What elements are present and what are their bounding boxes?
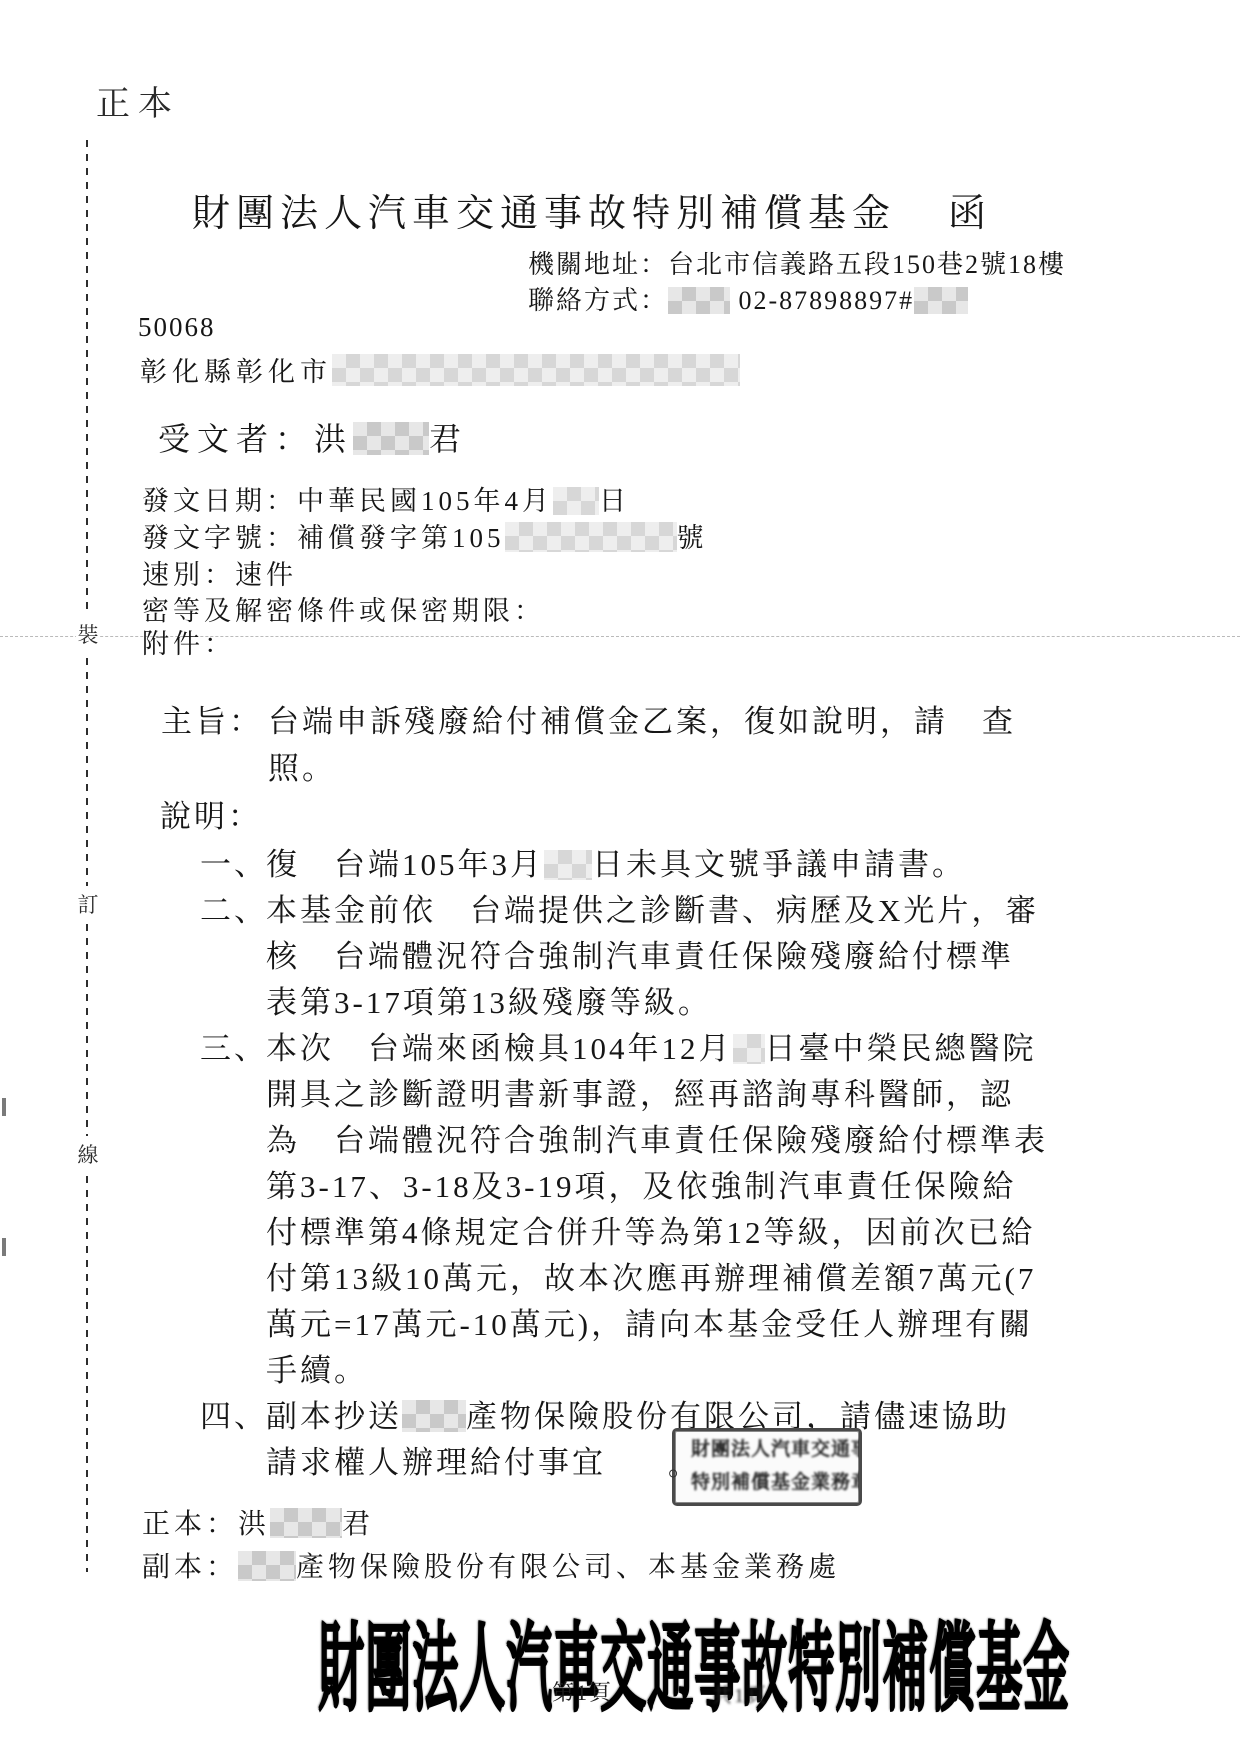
contact-phone: 02-87898897# xyxy=(739,286,915,315)
document-title: 財團法人汽車交通事故特別補償基金函 xyxy=(192,182,992,237)
sentence-period-over-stamp: 。 xyxy=(668,1444,696,1484)
item-1-text-b: 日未具文號爭議申請書。 xyxy=(592,847,966,882)
redaction-mosaic-ref xyxy=(505,522,677,552)
fund-seal-stamp: 財團法人汽車交通事 特別補償基金業務章 xyxy=(672,1428,862,1506)
redaction-mosaic-item3-day xyxy=(733,1034,765,1064)
item-2-line-1: 本基金前依 台端提供之診斷書、病歷及X光片，審 xyxy=(266,885,1039,930)
reference-number-line: 發文字號：補償發字第105號 xyxy=(142,516,708,555)
reference-number-text: 發文字號：補償發字第105 xyxy=(142,523,505,553)
item-3-text-a: 本次 台端來函檢具104年12月 xyxy=(266,1031,733,1066)
document-title-org: 財團法人汽車交通事故特別補償基金 xyxy=(192,193,896,235)
item-3-line-3: 為 台端體況符合強制汽車責任保險殘廢給付標準表 xyxy=(266,1115,1048,1160)
subject-line-2: 照。 xyxy=(268,743,336,788)
org-address-line: 機關地址：台北市信義路五段150巷2號18樓 xyxy=(528,244,1066,281)
item-2-line-2: 核 台端體況符合強制汽車責任保險殘廢給付標準 xyxy=(266,931,1014,976)
seal-line-1: 財團法人汽車交通事 xyxy=(691,1433,857,1466)
item-3-text-b: 日臺中榮民總醫院 xyxy=(765,1031,1037,1066)
original-copy-line: 正本：洪君 xyxy=(142,1502,374,1542)
recipient-city-text: 彰化縣彰化市 xyxy=(140,357,332,387)
issue-date-text: 發文日期：中華民國105年4月 xyxy=(142,486,553,516)
item-3-marker: 三、 xyxy=(200,1023,268,1068)
org-contact-line: 聯絡方式： 02-87898897# xyxy=(528,280,968,317)
item-1-line-1: 復 台端105年3月日未具文號爭議申請書。 xyxy=(266,839,966,884)
redaction-mosaic-item4-insurer xyxy=(402,1400,466,1432)
fund-seal-stamp-text: 財團法人汽車交通事 特別補償基金業務章 xyxy=(691,1433,857,1499)
item-3-line-8: 手續。 xyxy=(266,1345,368,1390)
item-3-line-6: 付第13級10萬元，故本次應再辦理補償差額7萬元(7 xyxy=(266,1253,1036,1298)
footer-org-banner: 財團法人汽車交通事故特別補償基金 xyxy=(318,1592,1070,1731)
document-type-label: 函 xyxy=(948,193,992,235)
copy-type-label: 正本 xyxy=(96,76,180,125)
item-2-line-3: 表第3-17項第13級殘廢等級。 xyxy=(266,977,712,1022)
item-3-line-5: 付標準第4條規定合併升等為第12等級，因前次已給 xyxy=(266,1207,1036,1252)
cc-copy-line: 副本：產物保險股份有限公司、本基金業務處 xyxy=(142,1545,840,1585)
item-4-text-a: 副本抄送 xyxy=(266,1399,402,1434)
cc-copy-label: 副本： xyxy=(142,1552,238,1583)
cc-copy-value: 產物保險股份有限公司、本基金業務處 xyxy=(296,1552,840,1583)
item-3-line-4: 第3-17、3-18及3-19項，及依強制汽車責任保險給 xyxy=(266,1161,1016,1206)
scanned-letter-page: 裝 訂 線 正本 財團法人汽車交通事故特別補償基金函 機關地址：台北市信義路五段… xyxy=(0,0,1240,1754)
reference-number-suffix: 號 xyxy=(677,523,708,553)
contact-label: 聯絡方式： xyxy=(528,286,668,315)
speed-class-line: 速別：速件 xyxy=(142,553,297,592)
subject-line-1: 台端申訴殘廢給付補償金乙案，復如說明，請 查 xyxy=(268,696,1016,741)
redaction-mosaic-address xyxy=(332,354,740,386)
seal-line-2: 特別補償基金業務章 xyxy=(691,1466,857,1499)
redaction-mosaic-contact-name xyxy=(668,287,730,314)
binding-char-zhuang: 裝 xyxy=(76,616,100,652)
item-3-line-2: 開具之診斷證明書新事證，經再諮詢專科醫師，認 xyxy=(266,1069,1014,1114)
redaction-mosaic-extension xyxy=(914,287,968,314)
item-4-line-2: 請求權人辦理給付事宜 xyxy=(266,1437,606,1482)
binding-char-ding: 訂 xyxy=(76,886,100,922)
item-2-marker: 二、 xyxy=(200,885,268,930)
recipient-suffix: 君 xyxy=(429,421,468,457)
redaction-mosaic-recipient-name xyxy=(353,422,429,455)
attachment-line: 附件： xyxy=(142,622,235,661)
redaction-mosaic-original-name xyxy=(270,1508,342,1538)
item-4-marker: 四、 xyxy=(200,1391,268,1436)
explanation-label: 說明： xyxy=(160,791,262,836)
issue-date-suffix: 日 xyxy=(599,486,630,516)
scan-edge-mark xyxy=(2,1098,6,1116)
redaction-mosaic-cc-insurer xyxy=(238,1551,296,1581)
item-3-line-7: 萬元=17萬元-10萬元)，請向本基金受任人辦理有關 xyxy=(266,1299,1033,1344)
item-4-line-1: 副本抄送產物保險股份有限公司，請儘速協助 xyxy=(266,1391,1010,1436)
binding-dashed-line xyxy=(86,140,88,1572)
recipient-label: 受文者：洪 xyxy=(158,421,353,457)
item-1-text-a: 復 台端105年3月 xyxy=(266,847,544,882)
page-total: 共1頁 xyxy=(712,1679,768,1708)
redaction-mosaic-date xyxy=(553,487,599,515)
issue-date-line: 發文日期：中華民國105年4月日 xyxy=(142,479,630,518)
original-copy-label: 正本：洪 xyxy=(142,1509,270,1540)
item-1-marker: 一、 xyxy=(200,839,268,884)
binding-char-xian: 線 xyxy=(76,1136,100,1172)
recipient-address-line: 彰化縣彰化市 xyxy=(140,350,740,389)
postal-code: 50068 xyxy=(138,312,216,343)
recipient-line: 受文者：洪君 xyxy=(158,414,468,460)
subject-label: 主旨： xyxy=(161,696,263,741)
scan-edge-mark xyxy=(2,1238,6,1256)
page-number: 第1頁 xyxy=(552,1676,613,1707)
redaction-mosaic-item1-day xyxy=(544,850,592,880)
original-copy-suffix: 君 xyxy=(342,1509,374,1540)
item-3-line-1: 本次 台端來函檢具104年12月日臺中榮民總醫院 xyxy=(266,1023,1037,1068)
